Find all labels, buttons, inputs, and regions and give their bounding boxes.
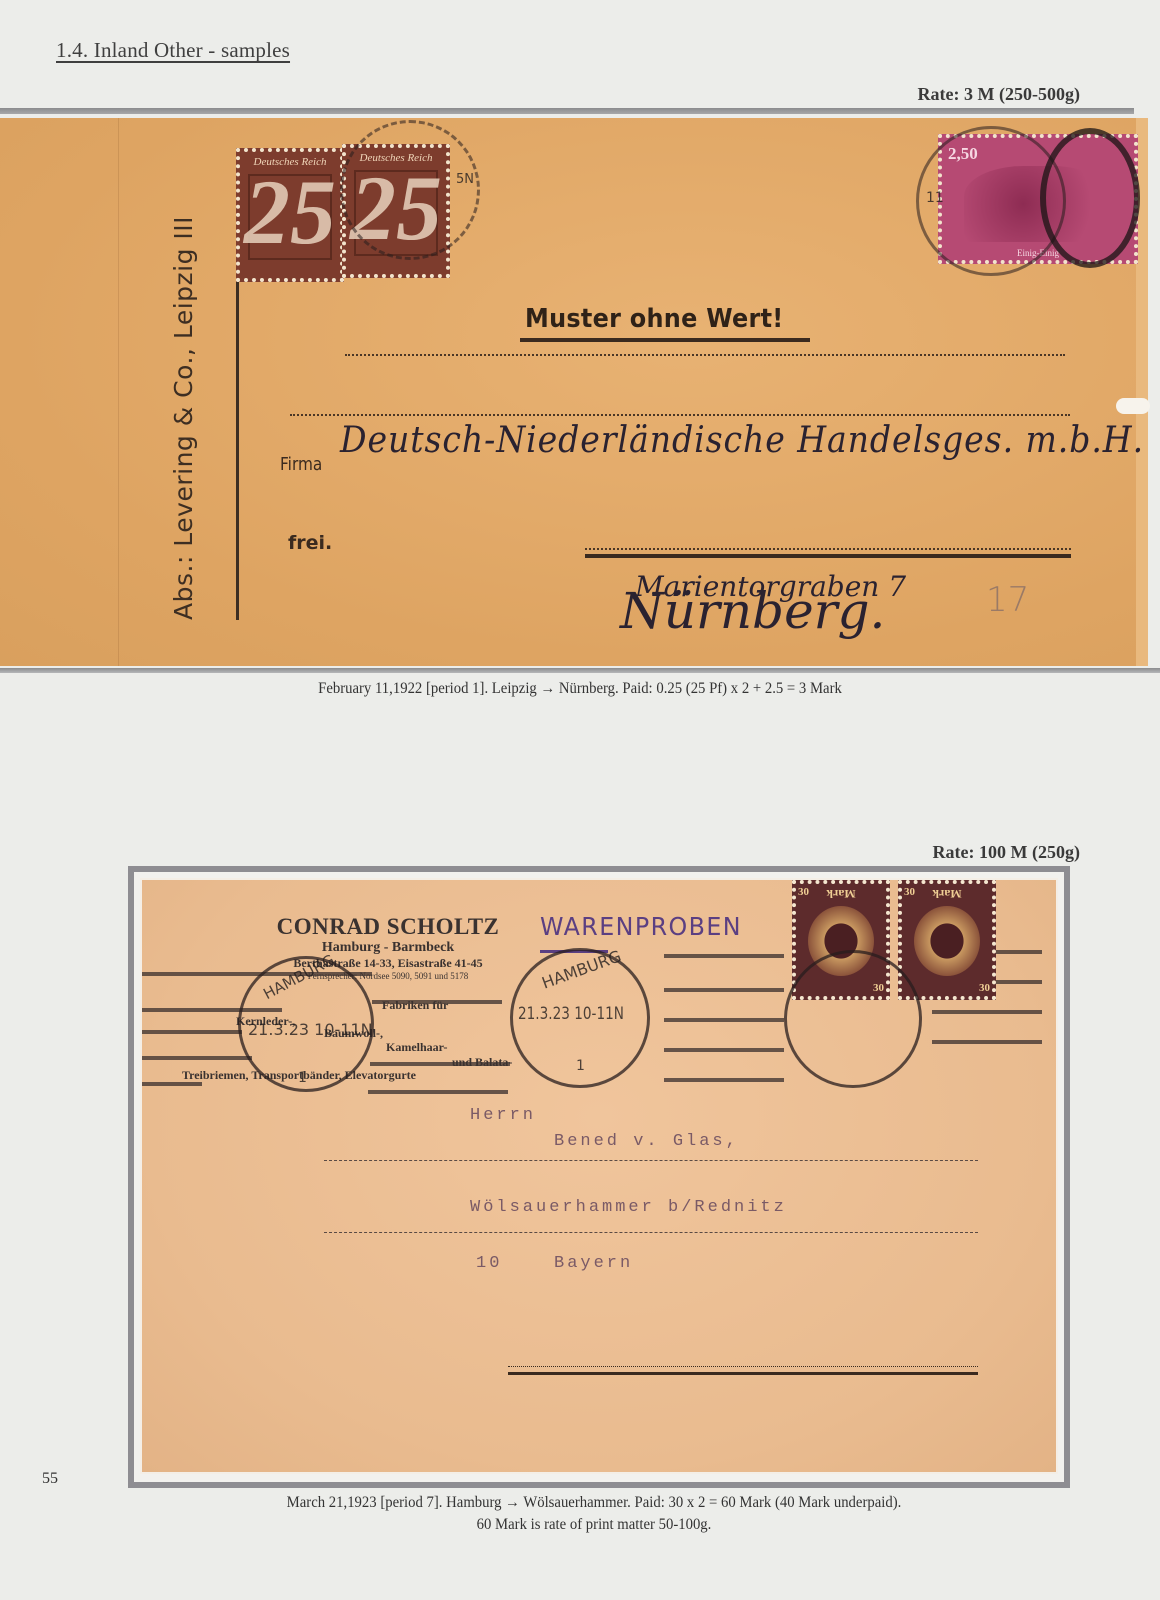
postmark-time: 5N — [456, 172, 474, 187]
punch-hole — [1116, 398, 1150, 414]
cancel-line — [664, 988, 784, 992]
caption: February 11,1922 [period 1]. Leipzig → N… — [29, 680, 1131, 698]
cancel-line — [664, 954, 784, 958]
address-dotted-line — [508, 1366, 978, 1367]
cancel-line — [932, 1040, 1042, 1044]
page-number: 55 — [42, 1470, 58, 1488]
factory-line: und Balata- — [452, 1055, 512, 1070]
envelope-hamburg: CONRAD SCHOLTZ Hamburg - Barmbeck Bertha… — [140, 878, 1058, 1474]
factory-line: Fabriken für — [382, 998, 448, 1013]
cancel-line — [664, 1018, 784, 1022]
caption: 60 Mark is rate of print matter 50-100g. — [43, 1516, 1145, 1534]
postmark-date: 21.3.23 10-11N — [518, 1004, 624, 1024]
stamp-value: 30 — [904, 886, 915, 898]
pencil-note: 17 — [986, 580, 1029, 620]
stamp-value: 25 — [240, 166, 340, 258]
postmark-date: 21.3.23 10-11N — [248, 1020, 373, 1039]
frei-label: frei. — [288, 532, 332, 554]
stamp-value: 30 — [798, 886, 809, 898]
factory-line: Kamelhaar- — [386, 1040, 448, 1055]
company-place: Hamburg - Barmbeck — [238, 940, 538, 956]
cancel-line — [368, 1090, 508, 1094]
address-line: Herrn — [470, 1106, 536, 1125]
cancel-line — [664, 1048, 784, 1052]
address-line: Bened v. Glas, — [554, 1132, 739, 1151]
cancel-line — [142, 1030, 242, 1034]
mail-class-stamp: WARENPROBEN — [540, 912, 742, 941]
stamp-30-mark: Mark 30 30 — [898, 880, 996, 1000]
postmark — [784, 950, 922, 1088]
postmark-number: 1 — [576, 1058, 585, 1074]
firma-label: Firma — [280, 454, 322, 475]
address-line: Wölsauerhammer b/Rednitz — [470, 1198, 787, 1217]
stamp-text: Mark — [796, 886, 886, 901]
postmark — [1040, 128, 1140, 268]
city-dotted-line — [585, 548, 1071, 550]
postmark-day: 11 — [926, 190, 944, 206]
envelope-heading: Muster ohne Wert! — [525, 304, 783, 334]
mount-strip — [0, 668, 1160, 673]
heading-rule — [520, 338, 810, 342]
posthorn-icon — [914, 906, 980, 976]
cancel-line — [664, 1078, 784, 1082]
address-line: 10 — [476, 1254, 502, 1273]
cancel-line — [142, 1056, 252, 1060]
city-rule — [585, 554, 1071, 558]
address-dotted-line — [324, 1160, 978, 1161]
handwritten-street: Marientorgraben 7 — [635, 570, 906, 603]
cancel-line — [932, 1010, 1042, 1014]
stamp-value: 30 — [979, 982, 990, 994]
company-name: CONRAD SCHOLTZ — [238, 914, 538, 940]
mount-strip — [0, 108, 1134, 114]
flap-seam — [118, 118, 119, 666]
postmark — [340, 120, 480, 260]
stamp-25pf: Deutsches Reich 25 — [236, 148, 344, 282]
address-dotted-line — [345, 354, 1065, 356]
section-title: 1.4. Inland Other - samples — [56, 38, 290, 63]
address-rule — [508, 1372, 978, 1375]
sender-imprint: Abs.: Levering & Co., Leipzig III — [148, 140, 218, 620]
handwritten-addressee: Deutsch-Niederländische Handelsges. m.b.… — [340, 420, 1144, 461]
rate-label: Rate: 100 M (250g) — [933, 842, 1080, 863]
envelope-leipzig: Abs.: Levering & Co., Leipzig III Deutsc… — [0, 118, 1148, 666]
rate-label: Rate: 3 M (250-500g) — [918, 84, 1080, 105]
address-line: Bayern — [554, 1254, 633, 1273]
address-dotted-line — [324, 1232, 978, 1233]
address-dotted-line — [290, 414, 1070, 416]
postmark-number: 1 — [298, 1070, 307, 1086]
caption: March 21,1923 [period 7]. Hamburg → Wöls… — [43, 1494, 1145, 1512]
stamp-text: Mark — [902, 886, 992, 901]
